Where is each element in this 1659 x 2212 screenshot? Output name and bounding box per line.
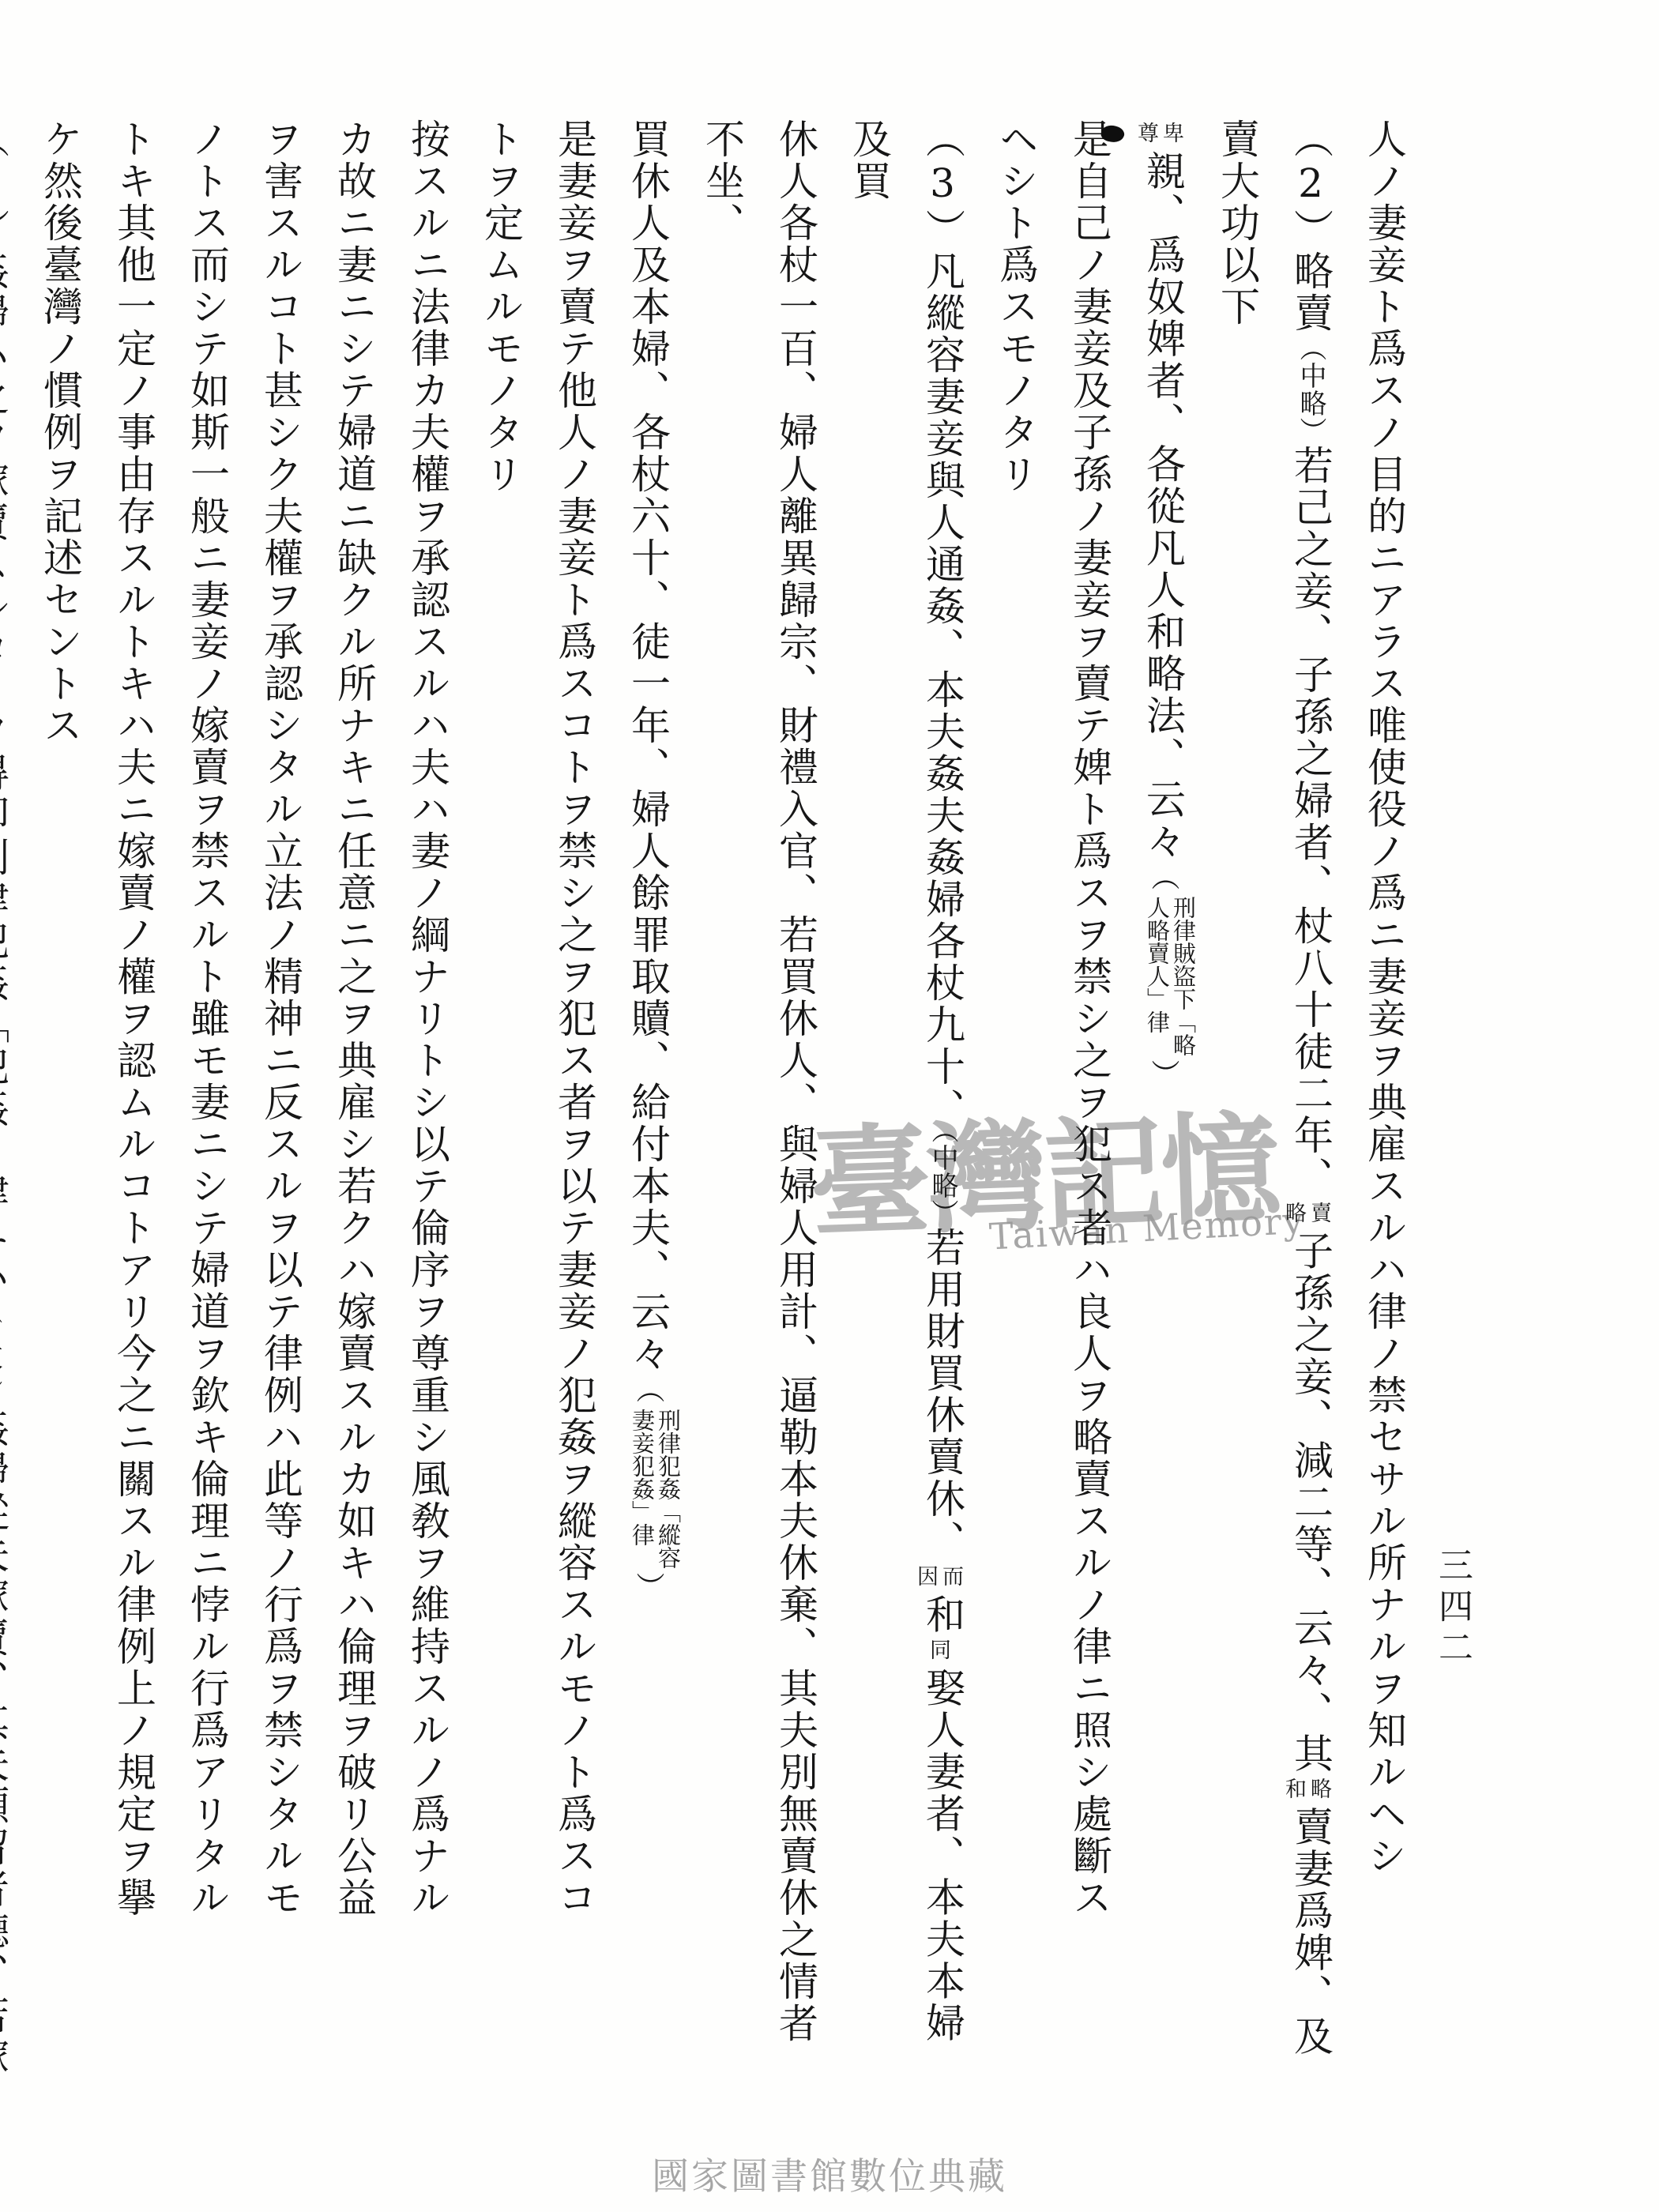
omission-note: （中略） xyxy=(927,1130,958,1227)
column-text: 子孫之妾、減二等、云々、其 xyxy=(1288,1230,1334,1774)
footer-watermark: 國家圖書館數位典藏 xyxy=(652,2147,1007,2200)
annotation-pair: 略賣 xyxy=(1285,1203,1336,1225)
column-text: 買休人及本婦、各杖六十、徒一年、婦人餘罪取贖、給付本夫、云々 xyxy=(625,118,671,1375)
column-text: 親、爲奴婢者、各從凡人和略法、云々 xyxy=(1140,150,1186,862)
item-number: （2） xyxy=(1288,118,1334,250)
column-text: 略賣 xyxy=(1288,250,1334,334)
omission-note: （上略） xyxy=(0,1297,2,1408)
text-column: ノトス而シテ如斯一般ニ妻妾ノ嫁賣ヲ禁スルト雖モ妻ニシテ婦道ヲ欽キ倫理ニ悖ル行爲ア… xyxy=(170,118,243,2078)
text-column: ヲ害スルコト甚シク夫權ヲ承認シタル立法ノ精神ニ反スルヲ以テ律例ハ此等ノ行爲ヲ禁シ… xyxy=(243,118,317,2078)
column-text: カ故ニ妻ニシテ婦道ニ缺クル所ナキニ任意ニ之ヲ典雇シ若クハ嫁賣スルカ如キハ倫理ヲ破… xyxy=(331,118,377,1919)
text-column: トヲ定ムルモノタリ xyxy=(464,118,537,2078)
column-text: 是妻妾ヲ賣テ他人ノ妻妾ト爲スコトヲ禁シ之ヲ犯ス者ヲ以テ妻妾ノ犯姦ヲ縱容スルモノト… xyxy=(551,118,597,1919)
text-column: （1）姦婦ハ之ヲ嫁賣スルコトヲ得卽刑律犯姦「犯姦」律ニハ（上略）姦婦從夫嫁賣、其… xyxy=(0,118,23,2078)
annotation-pair: 因而 xyxy=(917,1567,968,1589)
scanned-page: 臺灣記憶 Taiwan Memory 人ノ妻妾ト爲スノ目的ニアラス唯使役ノ爲ニ妻… xyxy=(0,0,1659,2212)
column-text: ケ然後臺灣ノ慣例ヲ記述セントス xyxy=(37,118,83,747)
column-text: 休人各杖一百、婦人離異歸宗、財禮入官、若買休人、與婦人用計、逼勒本夫休棄、其夫別… xyxy=(699,118,818,2045)
annotation-pair: 和略 xyxy=(1285,1779,1336,1801)
column-text: トヲ定ムルモノタリ xyxy=(478,118,524,495)
column-text: トキ其他一定ノ事由存スルトキハ夫ニ嫁賣ノ權ヲ認ムルコトアリ今之ニ關スル律例上ノ規… xyxy=(111,118,156,1919)
column-text: 凡縱容妻妾與人通姦、本夫姦夫姦婦各杖九十、 xyxy=(920,250,965,1130)
text-column: （3）凡縱容妻妾與人通姦、本夫姦夫姦婦各杖九十、（中略）若用財買休賣休、因而和同… xyxy=(832,118,979,2078)
text-column: 是自己ノ妻妾及子孫ノ妻妾ヲ賣テ婢ト爲スヲ禁シ之ヲ犯ス者ハ良人ヲ略賣スルノ律ニ照シ… xyxy=(1052,118,1126,2078)
annotation-pair: 尊卑 xyxy=(1138,123,1188,145)
text-column: ヘシト爲スモノタリ xyxy=(979,118,1052,2078)
text-column: トキ其他一定ノ事由存スルトキハ夫ニ嫁賣ノ權ヲ認ムルコトアリ今之ニ關スル律例上ノ規… xyxy=(96,118,170,2078)
text-column: 休人各杖一百、婦人離異歸宗、財禮入官、若買休人、與婦人用計、逼勒本夫休棄、其夫別… xyxy=(685,118,832,2078)
column-text: 是自己ノ妻妾及子孫ノ妻妾ヲ賣テ婢ト爲スヲ禁シ之ヲ犯ス者ハ良人ヲ略賣スルノ律ニ照シ… xyxy=(1066,118,1112,1919)
text-column: カ故ニ妻ニシテ婦道ニ缺クル所ナキニ任意ニ之ヲ典雇シ若クハ嫁賣スルカ如キハ倫理ヲ破… xyxy=(317,118,390,2078)
text-column: 按スルニ法律カ夫權ヲ承認スルハ夫ハ妻ノ綱ナリトシ以テ倫序ヲ尊重シ風敎ヲ維持スルノ… xyxy=(390,118,464,2078)
column-text: ヘシト爲スモノタリ xyxy=(993,118,1039,495)
item-number: （1） xyxy=(0,118,9,250)
text-column: 是妻妾ヲ賣テ他人ノ妻妾ト爲スコトヲ禁シ之ヲ犯ス者ヲ以テ妻妾ノ犯姦ヲ縱容スルモノト… xyxy=(537,118,611,2078)
column-text: 和 xyxy=(920,1593,965,1635)
citation-note: （刑律犯姦「縱容妻妾犯姦」律） xyxy=(632,1375,664,1603)
text-column: 尊卑親、爲奴婢者、各從凡人和略法、云々（刑律賊盜下「略人略賣人」律） xyxy=(1126,118,1200,2078)
page-number: 三四二 xyxy=(1427,1547,1477,1670)
column-text: 人ノ妻妾ト爲スノ目的ニアラス唯使役ノ爲ニ妻妾ヲ典雇スルハ律ノ禁セサル所ナルヲ知ル… xyxy=(1361,118,1407,1877)
column-text: 若己之妾、子孫之婦者、杖八十徒二年、 xyxy=(1288,445,1334,1198)
citation-note: （刑律賊盜下「略人略賣人」律） xyxy=(1147,862,1179,1090)
annotation-pair: 同 xyxy=(930,1640,955,1662)
text-column: 買休人及本婦、各杖六十、徒一年、婦人餘罪取贖、給付本夫、云々（刑律犯姦「縱容妻妾… xyxy=(611,118,685,2078)
omission-note: （中略） xyxy=(1295,334,1326,445)
column-text: 姦婦ハ之ヲ嫁賣スルコトヲ得卽刑律犯姦「犯姦」律ニハ xyxy=(0,250,9,1297)
column-text: 若用財買休賣休、 xyxy=(920,1227,965,1562)
column-text: ヲ害スルコト甚シク夫權ヲ承認シタル立法ノ精神ニ反スルヲ以テ律例ハ此等ノ行爲ヲ禁シ… xyxy=(258,118,303,1919)
column-text: 按スルニ法律カ夫權ヲ承認スルハ夫ハ妻ノ綱ナリトシ以テ倫序ヲ尊重シ風敎ヲ維持スルノ… xyxy=(404,118,450,1919)
text-columns: 人ノ妻妾ト爲スノ目的ニアラス唯使役ノ爲ニ妻妾ヲ典雇スルハ律ノ禁セサル所ナルヲ知ル… xyxy=(93,118,1420,2078)
text-column: ケ然後臺灣ノ慣例ヲ記述セントス xyxy=(23,118,96,2078)
item-number: （3） xyxy=(920,118,965,250)
text-column: 人ノ妻妾ト爲スノ目的ニアラス唯使役ノ爲ニ妻妾ヲ典雇スルハ律ノ禁セサル所ナルヲ知ル… xyxy=(1347,118,1420,2078)
column-text: ノトス而シテ如斯一般ニ妻妾ノ嫁賣ヲ禁スルト雖モ妻ニシテ婦道ヲ欽キ倫理ニ悖ル行爲ア… xyxy=(184,118,230,1919)
text-column: （2）略賣（中略）若己之妾、子孫之婦者、杖八十徒二年、略賣子孫之妾、減二等、云々… xyxy=(1200,118,1347,2078)
